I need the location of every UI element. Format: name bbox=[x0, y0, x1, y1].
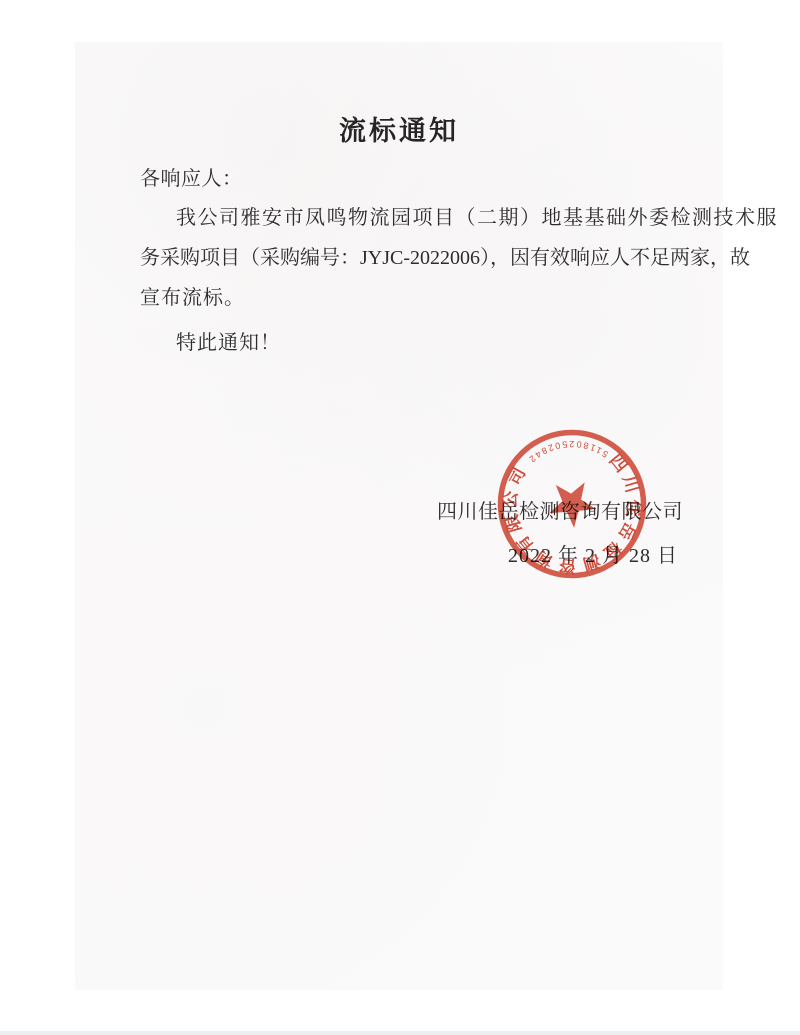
closing-line: 特此通知！ bbox=[176, 330, 281, 356]
scan-bottom-edge bbox=[0, 1031, 800, 1035]
page-title: 流标通知 bbox=[75, 109, 723, 148]
body-paragraph-line: 务采购项目（采购编号：JYJC-2022006），因有效响应人不足两家，故 bbox=[140, 245, 750, 271]
body-paragraph-line: 我公司雅安市凤鸣物流园项目（二期）地基基础外委检测技术服 bbox=[176, 205, 778, 231]
document-page: 流标通知 各响应人： 我公司雅安市凤鸣物流园项目（二期）地基基础外委检测技术服 … bbox=[75, 42, 723, 990]
salutation-line: 各响应人： bbox=[140, 166, 243, 192]
company-seal-stamp: 四川佳岳检测咨询有限公司 511802502842 bbox=[492, 424, 652, 584]
body-paragraph-line: 宣布流标。 bbox=[140, 285, 245, 311]
scan-canvas: 流标通知 各响应人： 我公司雅安市凤鸣物流园项目（二期）地基基础外委检测技术服 … bbox=[0, 0, 800, 1035]
stamp-star-icon bbox=[547, 482, 597, 530]
